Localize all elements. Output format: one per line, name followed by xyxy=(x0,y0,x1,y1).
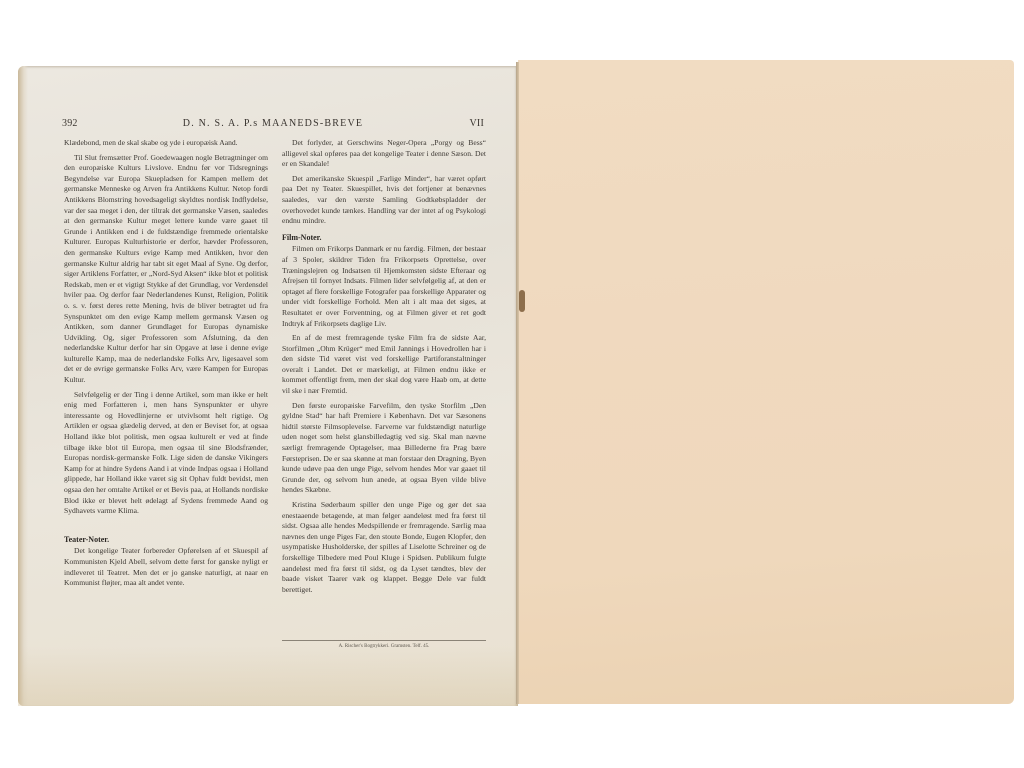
section-heading-teater-noter: Teater-Noter. xyxy=(64,535,268,546)
left-text-column: Klædebond, men de skal skabe og yde i eu… xyxy=(64,138,268,589)
printer-imprint: A. Rischer's Bogtrykkeri. Gramsten. Telf… xyxy=(282,644,486,649)
paragraph: Den første europæiske Farvefilm, den tys… xyxy=(282,401,486,496)
open-booklet-spread: 392 D. N. S. A. P.s MAANEDS-BREVE VII Kl… xyxy=(0,0,1024,768)
paragraph: Til Slut fremsætter Prof. Goedewaagen no… xyxy=(64,153,268,386)
running-header: 392 D. N. S. A. P.s MAANEDS-BREVE VII xyxy=(62,118,484,132)
paragraph: Det kongelige Teater forbereder Opførels… xyxy=(64,546,268,588)
publication-title: D. N. S. A. P.s MAANEDS-BREVE xyxy=(62,118,484,129)
paragraph: Det forlyder, at Gerschwins Neger-Opera … xyxy=(282,138,486,170)
section-numeral: VII xyxy=(470,118,484,129)
paragraph: Selvfølgelig er der Ting i denne Artikel… xyxy=(64,390,268,517)
footer-rule xyxy=(282,640,486,641)
page-gutter xyxy=(516,62,519,704)
paragraph: Filmen om Frikorps Danmark er nu færdig.… xyxy=(282,244,486,329)
paragraph: Klædebond, men de skal skabe og yde i eu… xyxy=(64,138,268,149)
paragraph: Det amerikanske Skuespil „Farlige Minder… xyxy=(282,174,486,227)
rust-stain-mark xyxy=(519,290,525,312)
paragraph: En af de mest fremragende tyske Film fra… xyxy=(282,333,486,397)
paragraph: Kristina Søderbaum spiller den unge Pige… xyxy=(282,500,486,595)
right-text-column: Det forlyder, at Gerschwins Neger-Opera … xyxy=(282,138,486,595)
right-blank-page xyxy=(518,60,1014,704)
section-heading-film-noter: Film-Noter. xyxy=(282,233,486,244)
